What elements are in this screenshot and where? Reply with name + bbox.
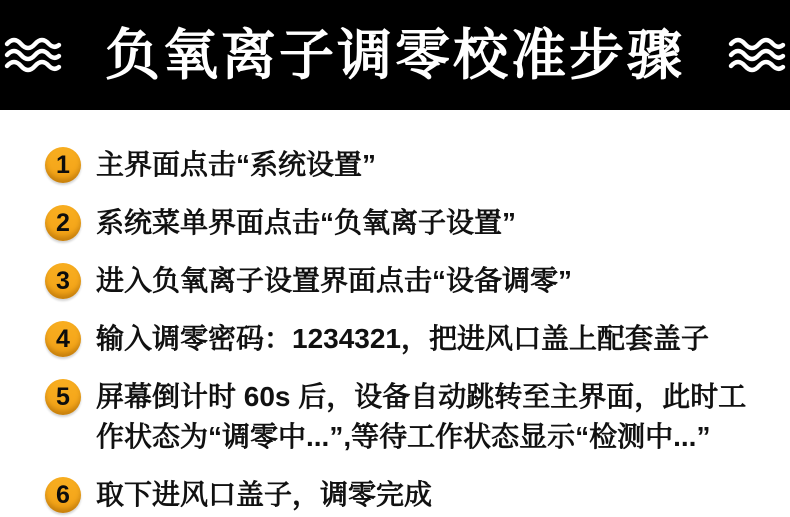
step-text: 系统菜单界面点击“负氧离子设置” xyxy=(96,203,516,243)
step-text: 输入调零密码：1234321，把进风口盖上配套盖子 xyxy=(96,319,709,359)
title-banner: 负氧离子调零校准步骤 xyxy=(0,0,790,110)
step-number-badge: 5 xyxy=(45,379,81,415)
step-row-1: 1 主界面点击“系统设置” xyxy=(45,145,764,185)
waves-icon xyxy=(728,35,786,75)
step-number-badge: 4 xyxy=(45,321,81,357)
step-text: 主界面点击“系统设置” xyxy=(96,145,376,185)
step-text: 进入负氧离子设置界面点击“设备调零” xyxy=(96,261,572,301)
step-number-badge: 1 xyxy=(45,147,81,183)
step-row-5: 5 屏幕倒计时 60s 后，设备自动跳转至主界面，此时工作状态为“调零中...”… xyxy=(45,377,764,457)
step-number-badge: 3 xyxy=(45,263,81,299)
step-text: 屏幕倒计时 60s 后，设备自动跳转至主界面，此时工作状态为“调零中...”,等… xyxy=(96,377,764,457)
step-row-6: 6 取下进风口盖子，调零完成 xyxy=(45,475,764,515)
step-number-badge: 2 xyxy=(45,205,81,241)
step-row-4: 4 输入调零密码：1234321，把进风口盖上配套盖子 xyxy=(45,319,764,359)
step-number-badge: 6 xyxy=(45,477,81,513)
step-row-2: 2 系统菜单界面点击“负氧离子设置” xyxy=(45,203,764,243)
calibration-steps-list: 1 主界面点击“系统设置” 2 系统菜单界面点击“负氧离子设置” 3 进入负氧离… xyxy=(0,110,790,515)
step-row-3: 3 进入负氧离子设置界面点击“设备调零” xyxy=(45,261,764,301)
step-text: 取下进风口盖子，调零完成 xyxy=(96,475,432,515)
waves-icon xyxy=(4,35,62,75)
page-title: 负氧离子调零校准步骤 xyxy=(62,0,728,110)
